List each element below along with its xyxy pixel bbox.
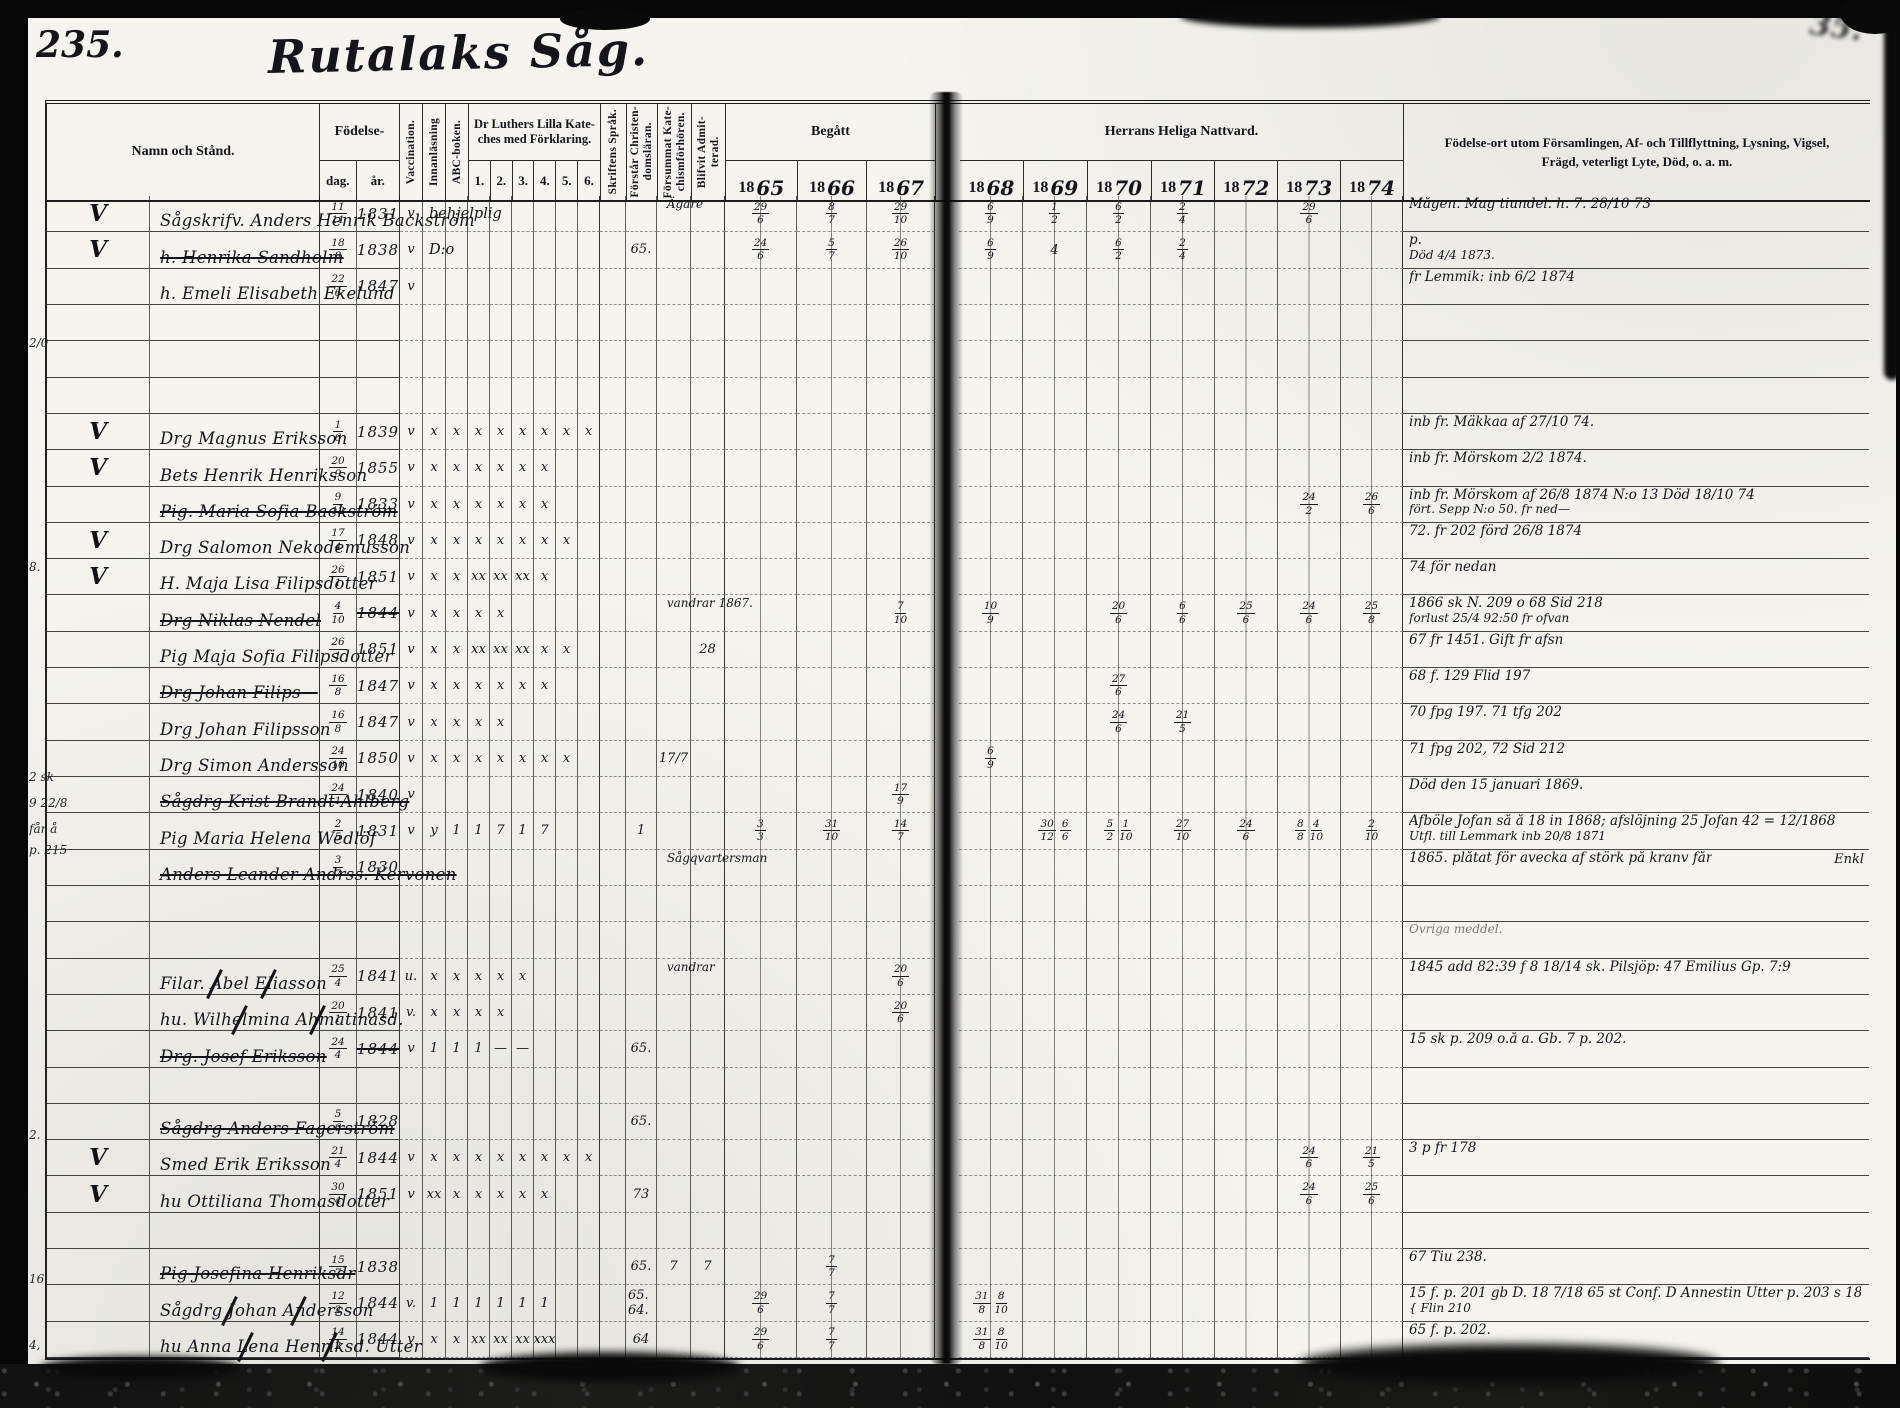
mark-cell <box>534 232 556 268</box>
admitted-cell <box>691 1285 725 1321</box>
begatt-year-cell <box>725 269 797 305</box>
birth-year-cell: 1844 <box>357 1140 400 1176</box>
communion-year-cell <box>959 487 1023 523</box>
note-line: inb fr. Mäkkaa af 27/10 74. <box>1409 415 1594 431</box>
admitted-cell <box>691 559 725 595</box>
notes-cell: 3 p fr 178 <box>1403 1140 1869 1176</box>
communion-year-cell <box>1023 341 1087 377</box>
mark-cell <box>556 668 578 704</box>
mark-cell <box>556 995 578 1031</box>
name-cell: Drg Magnus Eriksson <box>150 414 320 450</box>
communion-year-cell <box>1341 1031 1403 1067</box>
birth-subcolumns: dag. år. <box>320 161 399 200</box>
reading-mark: x <box>497 1150 504 1165</box>
communion-year-cell <box>1151 269 1215 305</box>
mark-cell <box>446 269 468 305</box>
communion-year-cell <box>959 704 1023 740</box>
understands-cell <box>626 886 657 922</box>
mark-cell: x <box>423 450 446 486</box>
name-cell: h. Emeli Elisabeth Ekelund <box>150 269 320 305</box>
vaccination-mark: v. <box>406 1296 416 1311</box>
communion-year-cell <box>1278 1249 1341 1285</box>
mark-cell: x <box>468 450 490 486</box>
check-mark: V <box>89 454 107 481</box>
name-cell: SågqvartersmanEnklAnders Leander Andrss.… <box>150 850 320 886</box>
margin-check-cell: V <box>47 196 150 232</box>
reading-mark: x <box>541 533 548 548</box>
begatt-year-cell: 77 <box>797 1322 867 1358</box>
handwritten-text: 28 <box>699 642 716 657</box>
mark-cell: x <box>423 595 446 631</box>
begatt-year-cell <box>867 741 935 777</box>
begatt-year-cell <box>797 668 867 704</box>
reading-mark: x <box>585 424 592 439</box>
communion-year-cell <box>959 1249 1023 1285</box>
communion-year-cell <box>1278 232 1341 268</box>
reading-mark: x <box>519 1187 526 1202</box>
communion-year-cell <box>959 414 1023 450</box>
begatt-year-cell <box>725 450 797 486</box>
year-handwritten: 70 <box>1114 179 1142 197</box>
communion-year-cell: 69 <box>959 196 1023 232</box>
reading-mark: xxx <box>534 1332 556 1347</box>
mark-cell: — <box>490 1031 512 1067</box>
margin-check-cell: V <box>47 523 150 559</box>
vaccination-mark: v <box>407 1187 414 1202</box>
catechism-number: 6. <box>578 161 600 200</box>
mark-cell <box>512 1104 534 1140</box>
date-fraction: 246 <box>1300 1182 1317 1206</box>
note-line-2: fört. Sepp N:o 50. fr ned— <box>1409 503 1570 517</box>
mark-cell <box>468 1249 490 1285</box>
year-header: 1867 <box>867 161 935 200</box>
begatt-year-cell <box>725 886 797 922</box>
reading-mark: xx <box>471 1332 486 1347</box>
reading-mark: x <box>475 1150 482 1165</box>
communion-year-cell <box>1278 850 1341 886</box>
scan-blot <box>1180 4 1440 28</box>
admitted-cell <box>691 450 725 486</box>
year-handwritten: 68 <box>987 179 1015 197</box>
reading-mark: — <box>516 1041 529 1056</box>
communion-year-cell <box>1278 378 1341 414</box>
mark-cell: x <box>446 1140 468 1176</box>
date-fraction: 179 <box>892 783 909 807</box>
mark-cell: xx <box>423 1176 446 1212</box>
understands-cell <box>626 959 657 995</box>
birth-day-cell <box>320 378 357 414</box>
mark-cell <box>490 850 512 886</box>
understands-cell <box>626 487 657 523</box>
person-name: h. Henrika Sandholm <box>160 248 344 267</box>
communion-year-cell <box>959 886 1023 922</box>
mark-cell: xx <box>468 1322 490 1358</box>
communion-year-cell <box>1151 487 1215 523</box>
reading-mark: x <box>453 460 460 475</box>
person-name: Sågskrifv. Anders Henrik Backström <box>160 211 475 230</box>
note-line-2: forlust 25/4 92:50 fr ofvan <box>1409 612 1569 626</box>
communion-year-cell <box>1087 559 1151 595</box>
scripture-language-cell <box>600 1176 626 1212</box>
mark-cell: x <box>512 523 534 559</box>
mark-cell <box>446 1249 468 1285</box>
understands-cell <box>626 378 657 414</box>
admitted-cell <box>691 1322 725 1358</box>
reading-mark: x <box>475 497 482 512</box>
mark-cell <box>490 922 512 958</box>
vaccination-mark: v <box>407 823 414 838</box>
communion-year-cell <box>1151 850 1215 886</box>
check-mark: V <box>89 527 107 554</box>
begatt-year-cell <box>797 886 867 922</box>
communion-year-cell <box>1341 632 1403 668</box>
vaccination-mark: v <box>407 242 414 257</box>
reading-mark: x <box>541 1187 548 1202</box>
begatt-year-cell <box>797 995 867 1031</box>
admitted-cell <box>691 232 725 268</box>
communion-year-cell <box>959 813 1023 849</box>
note-line: 15 f. p. 201 gb D. 18 7/18 65 st Conf. D… <box>1409 1286 1861 1302</box>
name-cell: Drg. Josef Eriksson <box>150 1031 320 1067</box>
person-name: Sågdrg Krist Brandt Ahlberg <box>160 792 409 811</box>
communion-year-cell <box>1341 196 1403 232</box>
mark-cell <box>490 777 512 813</box>
birth-year-cell: 1844 <box>357 595 400 631</box>
margin-scribble: 2 sk <box>29 770 73 784</box>
margin-scribble: 16 <box>29 1272 73 1286</box>
name-cell: Pig. Maria Sofia Backström <box>150 487 320 523</box>
mark-cell: x <box>490 741 512 777</box>
mark-cell <box>556 378 578 414</box>
communion-year-cell <box>1151 414 1215 450</box>
date-fraction: 3110 <box>823 819 840 843</box>
notes-header-line2: Frägd, veterligt Lyte, Död, o. a. m. <box>1445 152 1830 172</box>
date-fraction: 168 <box>329 710 346 734</box>
mark-cell <box>556 704 578 740</box>
mark-cell: x <box>446 450 468 486</box>
reading-mark: x <box>453 751 460 766</box>
note-line: 67 fr 1451. Gift fr afsn <box>1409 633 1563 649</box>
communion-year-cell <box>1278 1031 1341 1067</box>
communion-year-cell: 4 <box>1023 232 1087 268</box>
missed-exam-cell: 17/7 <box>657 741 691 777</box>
date-fraction: 244 <box>329 1037 346 1061</box>
person-name: Pig Maja Sofia Filipsdotter <box>160 647 393 666</box>
date-fraction: 24 <box>1177 202 1188 226</box>
name-cell: Drg Johan Filipsson <box>150 704 320 740</box>
begatt-year-cell <box>797 1104 867 1140</box>
missed-exam-cell <box>657 1213 691 1249</box>
begatt-year-cell <box>867 1285 935 1321</box>
date-fraction: 147 <box>892 819 909 843</box>
date-marks: 256 <box>1361 1182 1382 1206</box>
birth-day-cell <box>320 341 357 377</box>
year-handwritten: 73 <box>1304 179 1332 197</box>
communion-year-cell: 215 <box>1341 1140 1403 1176</box>
mark-cell <box>556 232 578 268</box>
begatt-year-cell: 296 <box>725 196 797 232</box>
year-printed: 18 <box>1349 179 1365 197</box>
note-line: Afböle Jofan så å 18 in 1868; afslöjning… <box>1409 814 1835 830</box>
mark-cell <box>578 668 600 704</box>
admitted-cell <box>691 1104 725 1140</box>
name-cell: hu Anna Lena Henriksd. Utter <box>150 1322 320 1358</box>
communion-year-cell <box>1341 668 1403 704</box>
communion-year-cell <box>1341 414 1403 450</box>
mark-cell: xx <box>512 559 534 595</box>
understands-cell <box>626 922 657 958</box>
begatt-year-cell <box>867 378 935 414</box>
communion-year-cell <box>1215 196 1278 232</box>
mark-cell <box>512 886 534 922</box>
birth-day-label: dag. <box>320 161 357 200</box>
notes-cell: Mågen. Mag tiundel. h. 7. 28/10 73 <box>1403 196 1869 232</box>
reading-mark: x <box>497 969 504 984</box>
birth-year-cell: 1850 <box>357 741 400 777</box>
date-marks: 77 <box>824 1255 839 1279</box>
communion-year-cell <box>1215 1104 1278 1140</box>
understands-line2: domsläran. <box>642 106 655 197</box>
person-name: Anders Leander Andrss. Kervonen <box>160 865 457 884</box>
birth-year: 1850 <box>357 749 399 767</box>
person-name: hu Ottiliana Thomasdotter <box>160 1192 389 1211</box>
missed-examinations-label: Försummat Kate- chismförhören. <box>662 106 688 198</box>
begatt-year-cell <box>725 1176 797 1212</box>
book-fold-shadow <box>929 92 963 1364</box>
year-printed: 18 <box>1096 179 1112 197</box>
reading-mark: x <box>430 497 437 512</box>
column-header-notes: Födelse-ort utom Församlingen, Af- och T… <box>1404 104 1870 200</box>
begatt-year-cell <box>797 741 867 777</box>
missed-exam-cell <box>657 1104 691 1140</box>
admitted-cell <box>691 886 725 922</box>
admitted-cell <box>691 813 725 849</box>
mark-cell <box>578 196 600 232</box>
mark-cell <box>534 1104 556 1140</box>
notes-cell <box>1403 995 1869 1031</box>
communion-year-cell <box>1023 1176 1087 1212</box>
understands-christianity-label: Förstår Christen- domsläran. <box>629 106 655 197</box>
mark-cell: x <box>490 995 512 1031</box>
understands-cell <box>626 450 657 486</box>
handwritten-text: 64 <box>633 1332 650 1347</box>
person-name: Drg. Josef Eriksson <box>160 1047 327 1066</box>
scripture-language-cell <box>600 232 626 268</box>
margin-check-cell <box>47 378 150 414</box>
communion-year-cell <box>959 995 1023 1031</box>
column-header-birth: Födelse- dag. år. <box>320 104 400 200</box>
begatt-year-cell <box>867 1213 935 1249</box>
communion-year-cell <box>1023 886 1087 922</box>
mark-cell <box>578 595 600 631</box>
reading-mark: x <box>453 678 460 693</box>
date-marks: 69 <box>983 202 998 226</box>
begatt-year-cell <box>867 668 935 704</box>
mark-cell <box>468 886 490 922</box>
mark-cell <box>490 1213 512 1249</box>
birth-year-cell: 1838 <box>357 232 400 268</box>
birth-year-label: år. <box>357 161 399 200</box>
person-name: Drg Niklas Nendel <box>160 611 321 630</box>
date-marks: 256 <box>1235 601 1256 625</box>
mark-cell: x <box>423 632 446 668</box>
mark-cell <box>446 886 468 922</box>
name-cell <box>150 922 320 958</box>
begatt-year-cell <box>797 341 867 377</box>
begatt-year-cell: 87 <box>797 196 867 232</box>
reading-mark: x <box>430 642 437 657</box>
communion-year-cell <box>1215 487 1278 523</box>
begatt-year-cell <box>867 305 935 341</box>
communion-year-cell <box>1278 1213 1341 1249</box>
birth-year-cell <box>357 886 400 922</box>
begatt-year-cell <box>725 632 797 668</box>
mark-cell <box>534 1068 556 1104</box>
mark-cell <box>490 341 512 377</box>
reading-mark: x <box>430 969 437 984</box>
mark-cell <box>578 850 600 886</box>
birth-day-cell <box>320 922 357 958</box>
mark-cell: xx <box>468 632 490 668</box>
communion-year-cell <box>1023 559 1087 595</box>
margin-check-cell: V <box>47 414 150 450</box>
communion-year-cell: 215 <box>1151 704 1215 740</box>
understands-cell <box>626 414 657 450</box>
margin-scribble: 2. <box>29 1128 73 1142</box>
year-handwritten: 71 <box>1178 179 1206 197</box>
communion-year-cell <box>1215 1068 1278 1104</box>
handwritten-text: 65. <box>631 242 652 257</box>
date-marks: 246 <box>1298 1146 1319 1170</box>
communion-year-cell <box>959 959 1023 995</box>
date-fraction: 256 <box>1363 1182 1380 1206</box>
birth-year-cell: 1847 <box>357 704 400 740</box>
person-name: hu. Wilhelmina Ahmatinasd. <box>160 1010 404 1029</box>
communion-year-cell <box>1215 305 1278 341</box>
begatt-year-cell <box>725 559 797 595</box>
begatt-year-cell <box>725 1140 797 1176</box>
begatt-year-cell <box>867 632 935 668</box>
mark-cell: x <box>534 668 556 704</box>
communion-year-cell <box>1023 1213 1087 1249</box>
mark-cell: x <box>446 741 468 777</box>
communion-year-cell <box>1023 378 1087 414</box>
scripture-language-cell <box>600 559 626 595</box>
begatt-year-cell <box>725 1104 797 1140</box>
scripture-language-cell <box>600 305 626 341</box>
note-line-2: Utfl. till Lemmark inb 20/8 1871 <box>1409 830 1606 844</box>
communion-year-cell <box>1151 1176 1215 1212</box>
mark-cell: x <box>556 414 578 450</box>
mark-cell: x <box>556 632 578 668</box>
communion-year-cell <box>1341 741 1403 777</box>
reading-mark: 1 <box>474 1041 482 1056</box>
mark-cell <box>578 1176 600 1212</box>
reading-mark: x <box>430 1332 437 1347</box>
date-marks: 246 <box>1108 710 1129 734</box>
vaccination-mark: v <box>407 678 414 693</box>
name-cell: Pig Maria Helena Wedlöf <box>150 813 320 849</box>
scripture-language-cell <box>600 850 626 886</box>
date-fraction: 206 <box>892 964 909 988</box>
communion-year-cell <box>1087 959 1151 995</box>
communion-year-cell: 256 <box>1341 1176 1403 1212</box>
notes-cell: 15 f. p. 201 gb D. 18 7/18 65 st Conf. D… <box>1403 1285 1869 1321</box>
mark-cell: 1 <box>468 1285 490 1321</box>
margin-check-cell <box>47 886 150 922</box>
communion-label: Herrans Heliga Nattvard. <box>960 104 1403 161</box>
date-fraction: 246 <box>752 238 769 262</box>
reading-mark: 7 <box>496 823 504 838</box>
mark-cell <box>468 922 490 958</box>
scripture-language-cell <box>600 668 626 704</box>
note-line: Mågen. Mag tiundel. h. 7. 28/10 73 <box>1409 197 1651 213</box>
vaccination-cell: v <box>400 269 423 305</box>
note-line: 1865. plåtat för avecka af störk på kran… <box>1409 851 1712 867</box>
date-fraction: 2610 <box>892 238 909 262</box>
date-marks: 88410 <box>1293 819 1325 843</box>
mark-cell: x <box>490 959 512 995</box>
reading-mark: x <box>519 533 526 548</box>
reading-mark: x <box>430 1150 437 1165</box>
understands-cell <box>626 341 657 377</box>
person-name: Drg Simon Andersson <box>160 756 349 775</box>
reading-mark: xx <box>515 1332 530 1347</box>
communion-year-cell <box>1215 1031 1278 1067</box>
mark-cell: x <box>468 1176 490 1212</box>
reading-mark: x <box>541 424 548 439</box>
note-line: 15 sk p. 209 o.å a. Gb. 7 p. 202. <box>1409 1032 1626 1048</box>
communion-year-cell <box>1278 1068 1341 1104</box>
date-fraction: 710 <box>894 601 907 625</box>
name-cell: vandrar 1867.Drg Niklas Nendel <box>150 595 320 631</box>
mark-cell <box>423 886 446 922</box>
note-line: 1845 add 82:39 f 8 18/14 sk. Pilsjöp: 47… <box>1409 960 1791 976</box>
reading-mark: xx <box>471 642 486 657</box>
mark-cell: x <box>556 741 578 777</box>
date-fraction: 246 <box>1110 710 1127 734</box>
reading-mark: xx <box>493 642 508 657</box>
communion-year-cell: 296 <box>1278 196 1341 232</box>
communion-year-cell <box>959 668 1023 704</box>
understands-cell <box>626 523 657 559</box>
missed-exam-cell <box>657 450 691 486</box>
date-marks: 24 <box>1175 202 1190 226</box>
communion-year-cell <box>1087 1322 1151 1358</box>
communion-year-cell <box>1151 1140 1215 1176</box>
reading-mark: xx <box>493 1332 508 1347</box>
mark-cell: 1 <box>512 1285 534 1321</box>
date-fraction: 2710 <box>1174 819 1191 843</box>
mark-cell <box>512 995 534 1031</box>
mark-cell <box>468 378 490 414</box>
year-header: 1871 <box>1152 161 1216 200</box>
communion-year-cell <box>1087 341 1151 377</box>
margin-check-cell <box>47 668 150 704</box>
mark-cell <box>534 959 556 995</box>
date-fraction: 62 <box>1113 202 1124 226</box>
year-handwritten: 69 <box>1050 179 1078 197</box>
communion-year-cell <box>1023 305 1087 341</box>
reading-mark: x <box>430 1005 437 1020</box>
understands-cell: 65. 64. <box>626 1285 657 1321</box>
date-fraction: 2910 <box>892 202 909 226</box>
understands-cell <box>626 196 657 232</box>
mark-cell: x <box>490 1140 512 1176</box>
year-header: 1868 <box>960 161 1024 200</box>
scripture-language-cell <box>600 196 626 232</box>
communion-year-cell <box>1023 995 1087 1031</box>
